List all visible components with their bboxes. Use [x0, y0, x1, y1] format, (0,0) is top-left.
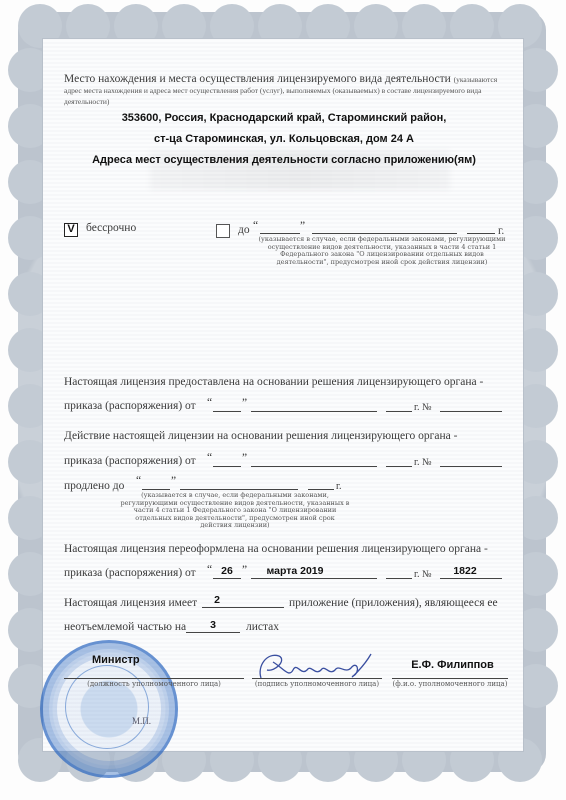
quote-open: “ [253, 220, 258, 232]
until-month-field[interactable] [312, 233, 457, 234]
location-heading-block: Место нахождения и места осуществления л… [64, 74, 504, 107]
extended-year-suffix: г. № [414, 457, 432, 468]
indefinite-checkbox[interactable]: V [64, 223, 78, 237]
extended-year-field[interactable] [386, 466, 412, 467]
extended-until-note: (указывается в случае, если федеральными… [120, 492, 350, 530]
extended-until-day-field[interactable] [142, 489, 170, 490]
appendix-sheets-after: листах [246, 621, 279, 633]
reissued-text: Настоящая лицензия переоформлена на осно… [64, 543, 488, 555]
appendix-text-after: приложение (приложения), являющееся ее [289, 597, 498, 609]
reissued-number-underline [440, 578, 502, 579]
extended-until-month-field[interactable] [180, 489, 298, 490]
location-heading: Место нахождения и места осуществления л… [64, 73, 451, 85]
until-checkbox[interactable] [216, 224, 230, 238]
stamp-mark: М.П. [132, 716, 151, 726]
granted-year-suffix: г. № [414, 402, 432, 413]
until-day-field[interactable] [260, 233, 300, 234]
reissued-month-underline [251, 578, 377, 579]
until-label: до [238, 224, 250, 236]
reissued-month-field[interactable]: марта 2019 [251, 565, 339, 577]
extended-day-field[interactable] [213, 466, 241, 467]
address-line-1: 353600, Россия, Краснодарский край, Стар… [64, 112, 504, 124]
reissued-day-underline [213, 578, 241, 579]
appendix-sheets-field[interactable]: 3 [186, 619, 240, 631]
address-line-3: Адреса мест осуществления деятельности с… [64, 154, 504, 166]
appendix-count-field[interactable]: 2 [202, 594, 232, 606]
extended-order-label: приказа (распоряжения) от [64, 455, 196, 467]
granted-day-field[interactable] [213, 411, 241, 412]
name-caption: (ф.и.о. уполномоченного лица) [392, 681, 508, 689]
signatory-position: Министр [92, 654, 140, 666]
extended-text: Действие настоящей лицензии на основании… [64, 430, 457, 442]
reissued-number-field[interactable]: 1822 [440, 565, 490, 577]
address-line-2: ст-ца Староминская, ул. Кольцовская, дом… [64, 133, 504, 145]
until-note: (указывается в случае, если федеральными… [258, 236, 506, 266]
reissued-day-field[interactable]: 26 [213, 565, 241, 577]
until-year-field[interactable] [467, 233, 495, 234]
extended-until-suffix: г. [336, 481, 341, 492]
signature-line [252, 678, 382, 679]
reissued-order-label: приказа (распоряжения) от [64, 567, 196, 579]
extended-until-year-field[interactable] [308, 489, 334, 490]
indefinite-label: бессрочно [86, 222, 136, 234]
extended-number-field[interactable] [440, 466, 502, 467]
signature-caption: (подпись уполномоченного лица) [252, 681, 382, 689]
appendix-sheets-underline [186, 632, 240, 633]
quote-close: ” [300, 220, 305, 232]
extended-until-label: продлено до [64, 480, 124, 492]
appendix-count-underline [202, 607, 284, 608]
name-line [392, 678, 508, 679]
position-line [64, 678, 244, 679]
extended-month-field[interactable] [251, 466, 377, 467]
position-caption: (должность уполномоченного лица) [64, 681, 244, 689]
granted-text: Настоящая лицензия предоставлена на осно… [64, 376, 483, 388]
signatory-name: Е.Ф. Филиппов [400, 659, 505, 671]
appendix-text-before: Настоящая лицензия имеет [64, 597, 197, 609]
granted-month-field[interactable] [251, 411, 377, 412]
granted-number-field[interactable] [440, 411, 502, 412]
reissued-year-suffix: г. № [414, 569, 432, 580]
granted-year-field[interactable] [386, 411, 412, 412]
granted-order-label: приказа (распоряжения) от [64, 400, 196, 412]
appendix-sheets-before: неотъемлемой частью на [64, 621, 186, 633]
reissued-year-field[interactable] [386, 578, 412, 579]
